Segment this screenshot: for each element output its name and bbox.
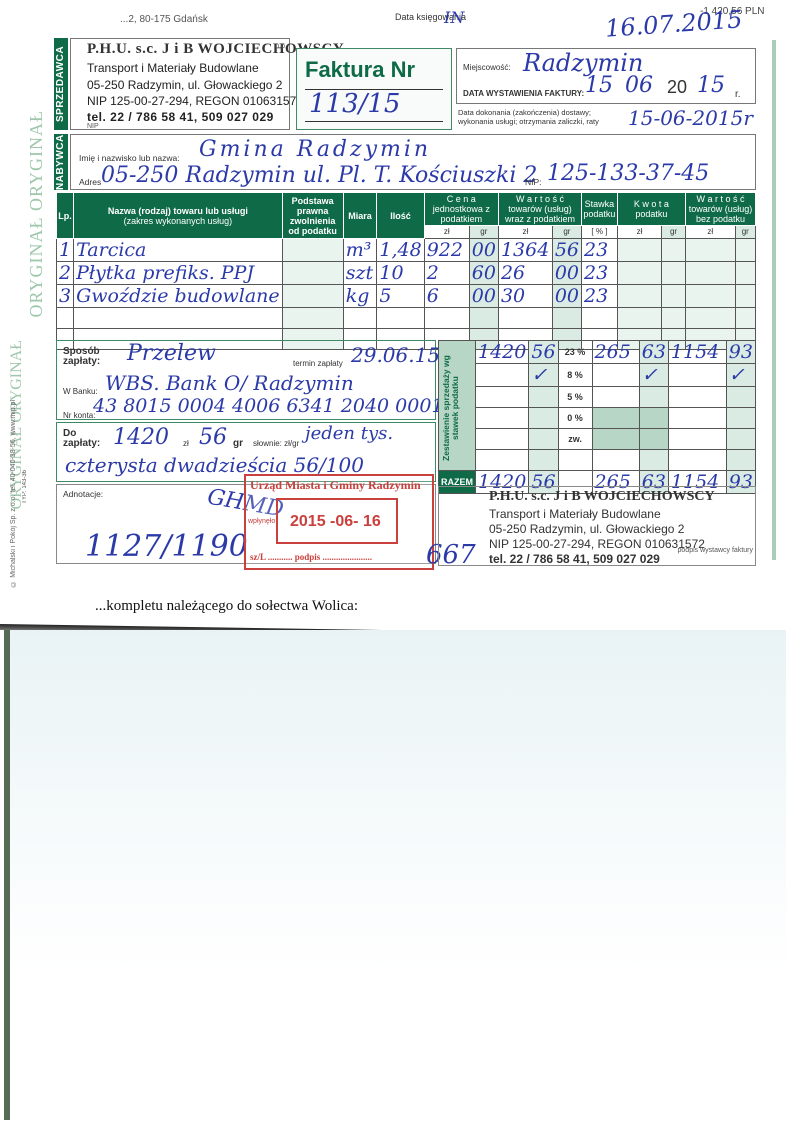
words-label: słownie: zł/gr bbox=[253, 439, 299, 448]
cell-basis bbox=[282, 262, 343, 285]
publisher-info: © Michalski i Pokój Sp. z o.o. tel. 40-0… bbox=[10, 400, 17, 587]
printer-address-fragment: ...2, 80-175 Gdańsk bbox=[120, 14, 208, 25]
sub-zl: zł bbox=[424, 226, 469, 239]
vat-summary-side-label: Zestawienie sprzedaży wg stawek podatku bbox=[439, 341, 476, 471]
cell-unit: szt bbox=[343, 262, 377, 285]
cell-net-gr bbox=[735, 239, 755, 262]
due-date-label: termin zapłaty bbox=[293, 359, 343, 368]
seller-nip-label: NIP bbox=[87, 123, 99, 130]
payment-box: Sposób zapłaty: Przelew termin zapłaty 2… bbox=[56, 340, 436, 420]
amount-due-box: Do zapłaty: 1420 zł 56 gr słownie: zł/gr… bbox=[56, 422, 436, 482]
cell-price-zl: 2 bbox=[424, 262, 469, 285]
watermark-original: ORYGINAŁ ORYGINAŁ bbox=[26, 110, 47, 318]
sub-gr: gr bbox=[469, 226, 498, 239]
table-row: 1 Tarcica m³ 1,48 922 00 1364 56 23 bbox=[57, 239, 756, 262]
cell-gross-gr: 56 bbox=[552, 239, 581, 262]
vat-summary-caption: Zestawienie sprzedaży wg stawek podatku bbox=[442, 349, 460, 467]
check-icon: ✓ bbox=[529, 364, 558, 387]
cell-price-gr: 00 bbox=[469, 239, 498, 262]
vat-gross-zl: 1420 bbox=[476, 341, 529, 364]
place-label: Miejscowość: bbox=[463, 63, 511, 72]
cell-net-gr bbox=[735, 285, 755, 308]
cell-price-gr: 60 bbox=[469, 262, 498, 285]
cell-qty: 1,48 bbox=[377, 239, 424, 262]
col-name: Nazwa (rodzaj) towaru lub usługi(zakres … bbox=[74, 193, 283, 239]
cell-net-zl bbox=[685, 262, 735, 285]
top-strip: ...2, 80-175 Gdańsk Data księgowania -1 … bbox=[0, 0, 794, 30]
account-label: Nr konta: bbox=[63, 411, 95, 420]
vat-row: ✓ 8 % ✓ ✓ bbox=[439, 364, 756, 387]
amount-words-1: jeden tys. bbox=[305, 423, 393, 444]
cell-lp: 3 bbox=[57, 285, 74, 308]
cell-rate: 23 bbox=[582, 285, 618, 308]
seller-line-2: Transport i Materiały Budowlane bbox=[87, 61, 259, 75]
vat-row bbox=[439, 450, 756, 471]
delivery-date-row: Data dokonania (zakończenia) dostawy; wy… bbox=[456, 106, 756, 132]
sub-pct: [ % ] bbox=[582, 226, 618, 239]
amount-due-label: Do zapłaty: bbox=[63, 429, 103, 449]
col-vat-amount: K w o t a podatku bbox=[617, 193, 685, 226]
delivery-date-value: 15-06-2015r bbox=[628, 106, 753, 130]
vat-rate: 5 % bbox=[558, 387, 592, 408]
cell-rate: 23 bbox=[582, 262, 618, 285]
cell-vat-gr bbox=[662, 285, 686, 308]
stamp-seller-address: 05-250 Radzymin, ul. Głowackiego 2 bbox=[489, 522, 684, 536]
buyer-address-label: Adres bbox=[79, 177, 101, 187]
place-date-box: Miejscowość: Radzymin DATA WYSTAWIENIA F… bbox=[456, 48, 756, 104]
lower-page: ...kompletu należącego do sołectwa Wolic… bbox=[0, 596, 794, 1122]
col-name-sub: (zakres wykonanych usług) bbox=[124, 216, 233, 226]
vat-row: Zestawienie sprzedaży wg stawek podatku … bbox=[439, 341, 756, 364]
vat-net-gr: 93 bbox=[726, 341, 755, 364]
handwritten-reference: 1127/1190 bbox=[85, 529, 248, 564]
seller-phone: tel. 22 / 786 58 41, 509 027 029 bbox=[87, 110, 274, 124]
sub-zl: zł bbox=[498, 226, 552, 239]
cell-vat-gr bbox=[662, 239, 686, 262]
col-unit: Miara bbox=[343, 193, 377, 239]
seller-stamp-box: P.H.U. s.c. J i B WOJCIECHOWSCY Transpor… bbox=[438, 486, 756, 566]
page-text-fragment: ...kompletu należącego do sołectwa Wolic… bbox=[95, 598, 358, 615]
cell-gross-gr: 00 bbox=[552, 285, 581, 308]
seller-section-label: SPRZEDAWCA bbox=[54, 38, 68, 130]
col-lp: Lp. bbox=[57, 193, 74, 239]
bank-value: WBS. Bank O/ Radzymin bbox=[105, 371, 354, 395]
payment-method-label: Sposób zapłaty: bbox=[63, 347, 113, 367]
cell-price-zl: 922 bbox=[424, 239, 469, 262]
amount-due-gr: 56 bbox=[199, 425, 227, 450]
issuer-signature-label: podpis wystawcy faktury bbox=[678, 547, 753, 554]
sub-gr: gr bbox=[552, 226, 581, 239]
cell-lp: 2 bbox=[57, 262, 74, 285]
issue-date-label: DATA WYSTAWIENIA FAKTURY: bbox=[463, 89, 584, 98]
cell-gross-zl: 26 bbox=[498, 262, 552, 285]
vat-amount-zl: 265 bbox=[592, 341, 639, 364]
col-basis: Podstawa prawna zwolnienia od podatku bbox=[282, 193, 343, 239]
office-received-stamp: Urząd Miasta i Gminy Radzymin wpłynęło 2… bbox=[244, 474, 434, 570]
cell-basis bbox=[282, 285, 343, 308]
cell-name: Płytka prefiks. PPJ bbox=[74, 262, 283, 285]
vat-rate: 0 % bbox=[558, 408, 592, 429]
zl-label: zł bbox=[183, 439, 189, 448]
issue-suffix: r. bbox=[735, 89, 741, 100]
cell-net-zl bbox=[685, 239, 735, 262]
check-icon: ✓ bbox=[639, 364, 668, 387]
amount-due-zl: 1420 bbox=[113, 425, 169, 450]
vat-amount-gr: 63 bbox=[639, 341, 668, 364]
received-date: 2015 -06- 16 bbox=[290, 513, 381, 531]
cell-basis bbox=[282, 239, 343, 262]
invoice-number: 113/15 bbox=[309, 89, 400, 119]
buyer-section-label: NABYWCA bbox=[54, 134, 68, 190]
invoice-form: SPRZEDAWCA P.H.U. s.c. J i B WOJCIECHOWS… bbox=[56, 34, 756, 574]
seller-nip-regon: NIP 125-00-27-294, REGON 010631572 bbox=[87, 94, 303, 108]
form-type: TYP: 143-36 bbox=[22, 470, 28, 504]
buyer-nip-value: 125-133-37-45 bbox=[547, 161, 709, 186]
invoice-title: Faktura Nr bbox=[305, 57, 415, 83]
vat-rate: 23 % bbox=[558, 341, 592, 364]
payment-method-value: Przelew bbox=[127, 341, 216, 366]
cell-unit: kg bbox=[343, 285, 377, 308]
stamp-date-box: wpłynęło 2015 -06- 16 bbox=[276, 498, 398, 544]
cell-gross-gr: 00 bbox=[552, 262, 581, 285]
invoice-number-box: Faktura Nr 113/15 bbox=[296, 48, 452, 130]
col-unit-price: C e n a jednostkowa z podatkiem bbox=[424, 193, 498, 226]
vat-summary-table: Zestawienie sprzedaży wg stawek podatku … bbox=[438, 340, 756, 494]
cell-unit: m³ bbox=[343, 239, 377, 262]
sub-zl: zł bbox=[617, 226, 661, 239]
cell-name: Tarcica bbox=[74, 239, 283, 262]
table-row bbox=[57, 308, 756, 329]
cell-price-gr: 00 bbox=[469, 285, 498, 308]
issue-century: 20 bbox=[667, 77, 687, 98]
sub-gr: gr bbox=[662, 226, 686, 239]
cell-net-zl bbox=[685, 285, 735, 308]
vat-row: 0 % bbox=[439, 408, 756, 429]
vat-rate: zw. bbox=[558, 429, 592, 450]
col-name-title: Nazwa (rodzaj) towaru lub usługi bbox=[108, 206, 248, 216]
received-label: wpłynęło bbox=[248, 518, 275, 525]
vat-row: zw. bbox=[439, 429, 756, 450]
cell-vat-zl bbox=[617, 262, 661, 285]
seller-address: 05-250 Radzymin, ul. Głowackiego 2 bbox=[87, 78, 282, 92]
buyer-nip-label: NIP: bbox=[525, 177, 542, 187]
buyer-box: Imię i nazwisko lub nazwa: Gmina Radzymi… bbox=[70, 134, 756, 190]
due-date-value: 29.06.15 bbox=[351, 343, 440, 367]
cell-net-gr bbox=[735, 262, 755, 285]
col-vat-rate: Stawka podatku bbox=[582, 193, 618, 226]
cell-vat-zl bbox=[617, 285, 661, 308]
col-net-value: W a r t o ś ć towarów (usług) bez podatk… bbox=[685, 193, 755, 226]
col-qty: Ilość bbox=[377, 193, 424, 239]
issue-month: 06 bbox=[625, 73, 653, 98]
table-row: 2 Płytka prefiks. PPJ szt 10 2 60 26 00 … bbox=[57, 262, 756, 285]
gr-label: gr bbox=[233, 439, 243, 449]
vat-rate: 8 % bbox=[558, 364, 592, 387]
right-border-stripe bbox=[772, 40, 776, 560]
issue-day: 15 bbox=[585, 73, 613, 98]
col-gross-value: W a r t o ś ć towarów (usług) wraz z pod… bbox=[498, 193, 581, 226]
sub-zl: zł bbox=[685, 226, 735, 239]
cell-rate: 23 bbox=[582, 239, 618, 262]
items-table: Lp. Nazwa (rodzaj) towaru lub usługi(zak… bbox=[56, 192, 756, 350]
left-margin: ORYGINAŁ ORYGINAŁ ORYGINAŁ ORYGINAŁ © Mi… bbox=[8, 40, 54, 580]
blank-sheet bbox=[4, 630, 786, 1120]
cell-price-zl: 6 bbox=[424, 285, 469, 308]
cell-qty: 5 bbox=[377, 285, 424, 308]
vat-net-zl: 1154 bbox=[668, 341, 726, 364]
np-label: n.p. bbox=[275, 43, 287, 50]
stamp-sign-line: sz/L ........... podpis ................… bbox=[250, 552, 372, 562]
cell-gross-zl: 1364 bbox=[498, 239, 552, 262]
buyer-address-value: 05-250 Radzymin ul. Pl. T. Kościuszki 2 bbox=[101, 163, 537, 188]
buyer-name-label: Imię i nazwisko lub nazwa: bbox=[79, 153, 180, 163]
stamp-seller-name: P.H.U. s.c. J i B WOJCIECHOWSCY bbox=[489, 489, 715, 505]
sub-gr: gr bbox=[735, 226, 755, 239]
account-value: 43 8015 0004 4006 6341 2040 0001 bbox=[93, 395, 444, 417]
stamp-seller-nip: NIP 125-00-27-294, REGON 010631572 bbox=[489, 537, 705, 551]
buyer-name-value: Gmina Radzymin bbox=[199, 137, 431, 162]
delivery-date-label: Data dokonania (zakończenia) dostawy; wy… bbox=[458, 108, 628, 126]
cell-lp: 1 bbox=[57, 239, 74, 262]
handwritten-in: IN bbox=[444, 8, 464, 27]
issue-year: 15 bbox=[697, 73, 725, 98]
cell-qty: 10 bbox=[377, 262, 424, 285]
divider bbox=[305, 121, 443, 122]
stamp-seller-phone: tel. 22 / 786 58 41, 509 027 029 bbox=[489, 552, 660, 566]
stamp-header: Urząd Miasta i Gminy Radzymin bbox=[250, 478, 421, 493]
vat-row: 5 % bbox=[439, 387, 756, 408]
vat-gross-gr: 56 bbox=[529, 341, 558, 364]
cell-vat-zl bbox=[617, 239, 661, 262]
check-icon: ✓ bbox=[726, 364, 755, 387]
stamp-seller-line-2: Transport i Materiały Budowlane bbox=[489, 507, 661, 521]
cell-vat-gr bbox=[662, 262, 686, 285]
seller-box: P.H.U. s.c. J i B WOJCIECHOWSCY n.p. Tra… bbox=[70, 38, 290, 130]
table-row: 3 Gwoździe budowlane kg 5 6 00 30 00 23 bbox=[57, 285, 756, 308]
annotations-label: Adnotacje: bbox=[63, 489, 103, 499]
cell-name: Gwoździe budowlane bbox=[74, 285, 283, 308]
cell-gross-zl: 30 bbox=[498, 285, 552, 308]
